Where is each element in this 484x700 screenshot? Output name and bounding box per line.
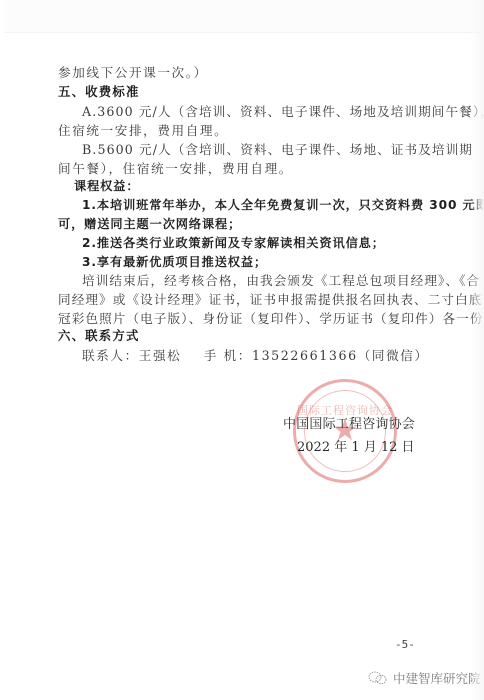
signature-organization: 中国国际工程咨询协会 [283, 413, 415, 432]
benefit-item-2: 2.推送各类行业政策新闻及专家解读相关资讯信息； [82, 235, 438, 251]
continuation-text: 参加线下公开课一次。） [58, 65, 438, 81]
page-number: -5- [395, 638, 415, 651]
contact-info: 联系人：王强松 手 机：13522661366（同微信） [82, 348, 438, 364]
section-heading-contact: 六、联系方式 [58, 328, 438, 344]
benefit-item-3: 3.享有最新优质项目推送权益； [82, 254, 438, 270]
benefit-item-1-line1: 1.本培训班常年举办，本人全年免费复训一次，只交资料费 300 元即 [82, 197, 438, 213]
wechat-watermark: 中建智库研究院 [368, 669, 481, 687]
fee-option-b-line2: 间午餐），住宿统一安排，费用自理。 [58, 161, 438, 177]
document-page: 参加线下公开课一次。） 五、收费标准 A.3600 元/人（含培训、资料、电子课… [0, 0, 484, 700]
certificate-line1: 培训结束后，经考核合格，由我会颁发《工程总包项目经理》、《合 [82, 273, 438, 289]
certificate-line3: 冠彩色照片（电子版）、身份证（复印件）、学历证书（复印件）各一份。 [58, 311, 438, 327]
previous-page-edge [4, 0, 480, 33]
section-heading-fees: 五、收费标准 [58, 84, 438, 100]
fee-option-a-line1: A.3600 元/人（含培训、资料、电子课件、场地及培训期间午餐）， [82, 104, 438, 120]
watermark-text: 中建智库研究院 [393, 669, 481, 687]
certificate-line2: 同经理》或《设计经理》证书，证书申报需提供报名回执表、二寸白底免 [58, 292, 438, 308]
benefits-heading: 课程权益： [74, 178, 454, 194]
signature-date: 2022 年 1 月 12 日 [297, 436, 415, 455]
page-edge-shadow [470, 0, 484, 700]
benefit-item-1-line2: 可，赠送同主题一次网络课程； [58, 216, 438, 232]
fee-option-b-line1: B.5600 元/人（含培训、资料、电子课件、场地、证书及培训期 [82, 142, 438, 158]
fee-option-a-line2: 住宿统一安排，费用自理。 [58, 123, 438, 139]
wechat-icon [368, 671, 388, 685]
